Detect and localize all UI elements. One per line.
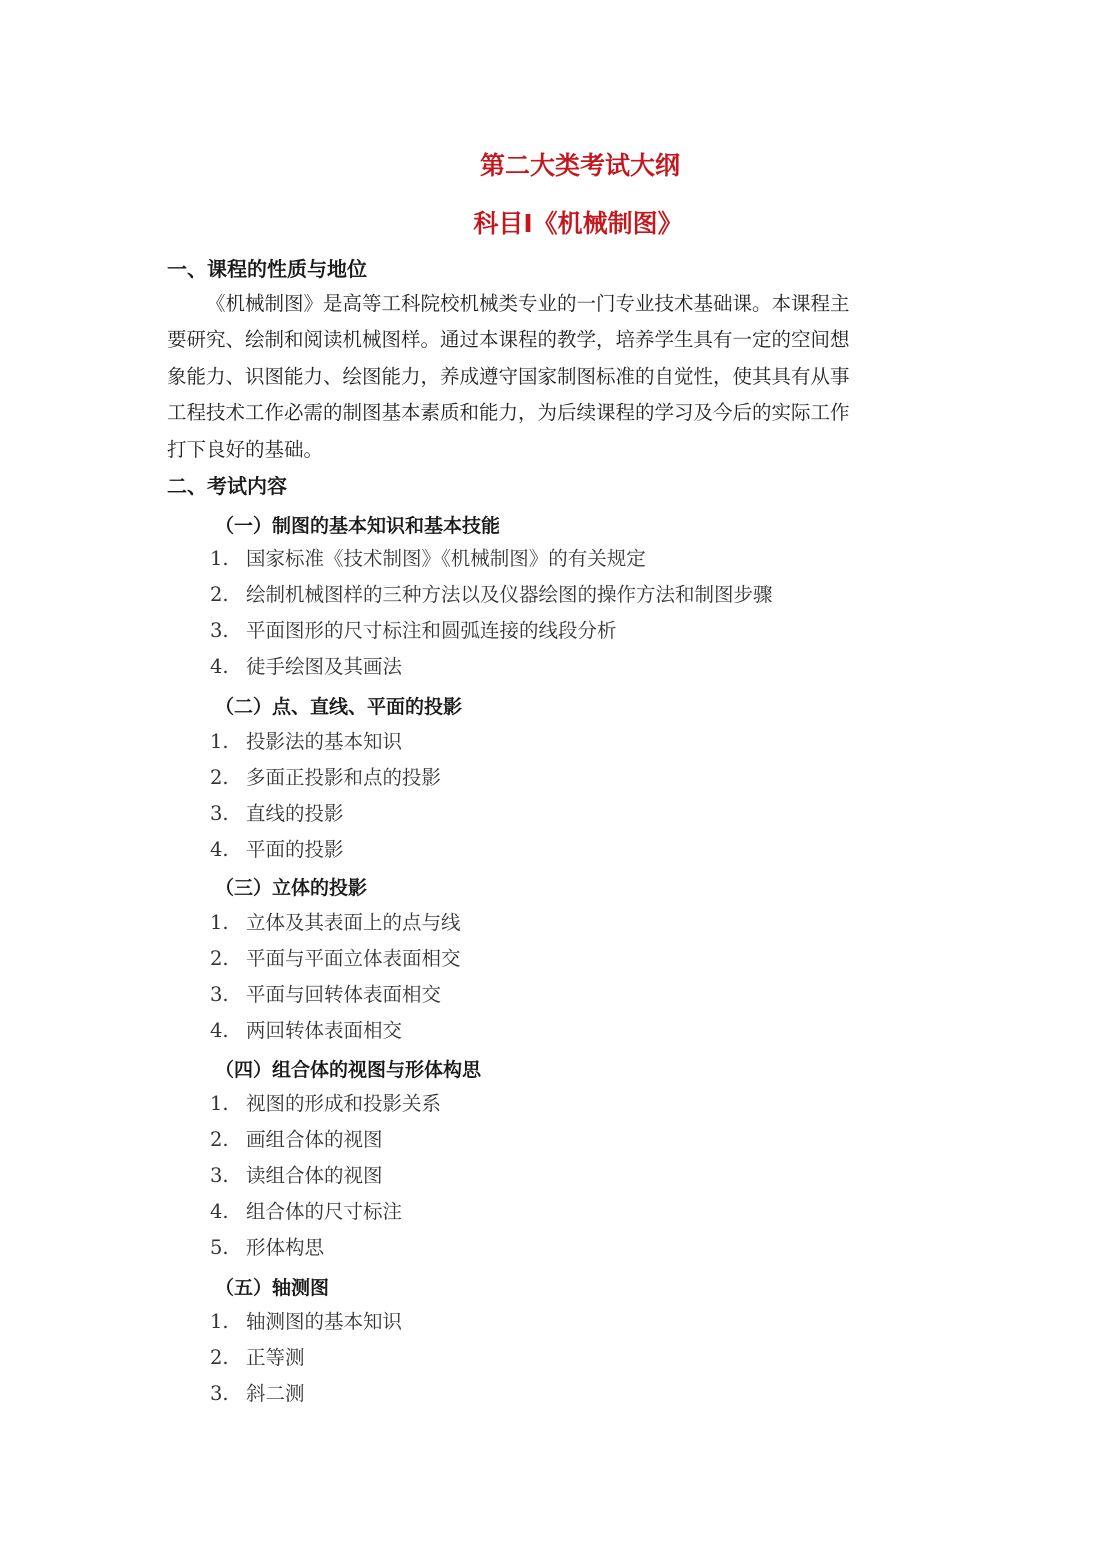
list-item: 1.立体及其表面上的点与线: [210, 907, 461, 935]
subsection-heading: （二）点、直线、平面的投影: [215, 692, 462, 719]
list-item: 3.斜二测: [210, 1378, 305, 1406]
list-item: 4.两回转体表面相交: [210, 1015, 402, 1043]
subsection-heading: （五）轴测图: [215, 1273, 329, 1300]
paragraph-line: 《机械制图》是高等工科院校机械类专业的一门专业技术基础课。本课程主: [167, 286, 939, 322]
document-subtitle: 科目Ⅰ《机械制图》: [0, 204, 1102, 240]
subsection-heading: （三）立体的投影: [215, 873, 367, 900]
paragraph-line: 打下良好的基础。: [167, 432, 939, 468]
paragraph-line: 工程技术工作必需的制图基本素质和能力，为后续课程的学习及今后的实际工作: [167, 395, 939, 431]
list-item: 2.正等测: [210, 1342, 305, 1370]
section-heading-nature: 一、课程的性质与地位: [167, 253, 367, 282]
list-item: 1.投影法的基本知识: [210, 726, 402, 754]
list-item: 4.平面的投影: [210, 834, 344, 862]
list-item: 2.平面与平面立体表面相交: [210, 943, 461, 971]
subsection-heading: （一）制图的基本知识和基本技能: [215, 511, 500, 538]
list-item: 3.平面图形的尺寸标注和圆弧连接的线段分析: [210, 615, 617, 643]
paragraph-line: 要研究、绘制和阅读机械图样。通过本课程的教学，培养学生具有一定的空间想: [167, 322, 939, 358]
list-item: 4.徒手绘图及其画法: [210, 651, 402, 679]
section-heading-exam-content: 二、考试内容: [167, 470, 287, 499]
list-item: 1.轴测图的基本知识: [210, 1306, 402, 1334]
list-item: 2.绘制机械图样的三种方法以及仪器绘图的操作方法和制图步骤: [210, 579, 773, 607]
list-item: 3.平面与回转体表面相交: [210, 979, 441, 1007]
section-paragraph-nature: 《机械制图》是高等工科院校机械类专业的一门专业技术基础课。本课程主 要研究、绘制…: [167, 286, 939, 468]
document-title: 第二大类考试大纲: [0, 146, 1102, 182]
paragraph-line: 象能力、识图能力、绘图能力，养成遵守国家制图标准的自觉性，使其具有从事: [167, 359, 939, 395]
subsection-heading: （四）组合体的视图与形体构思: [215, 1055, 481, 1082]
list-item: 3.直线的投影: [210, 798, 344, 826]
list-item: 1.国家标准《技术制图》《机械制图》的有关规定: [210, 543, 646, 571]
list-item: 4.组合体的尺寸标注: [210, 1196, 402, 1224]
list-item: 5.形体构思: [210, 1232, 324, 1260]
list-item: 2.多面正投影和点的投影: [210, 762, 441, 790]
list-item: 2.画组合体的视图: [210, 1124, 383, 1152]
list-item: 1.视图的形成和投影关系: [210, 1088, 441, 1116]
list-item: 3.读组合体的视图: [210, 1160, 383, 1188]
